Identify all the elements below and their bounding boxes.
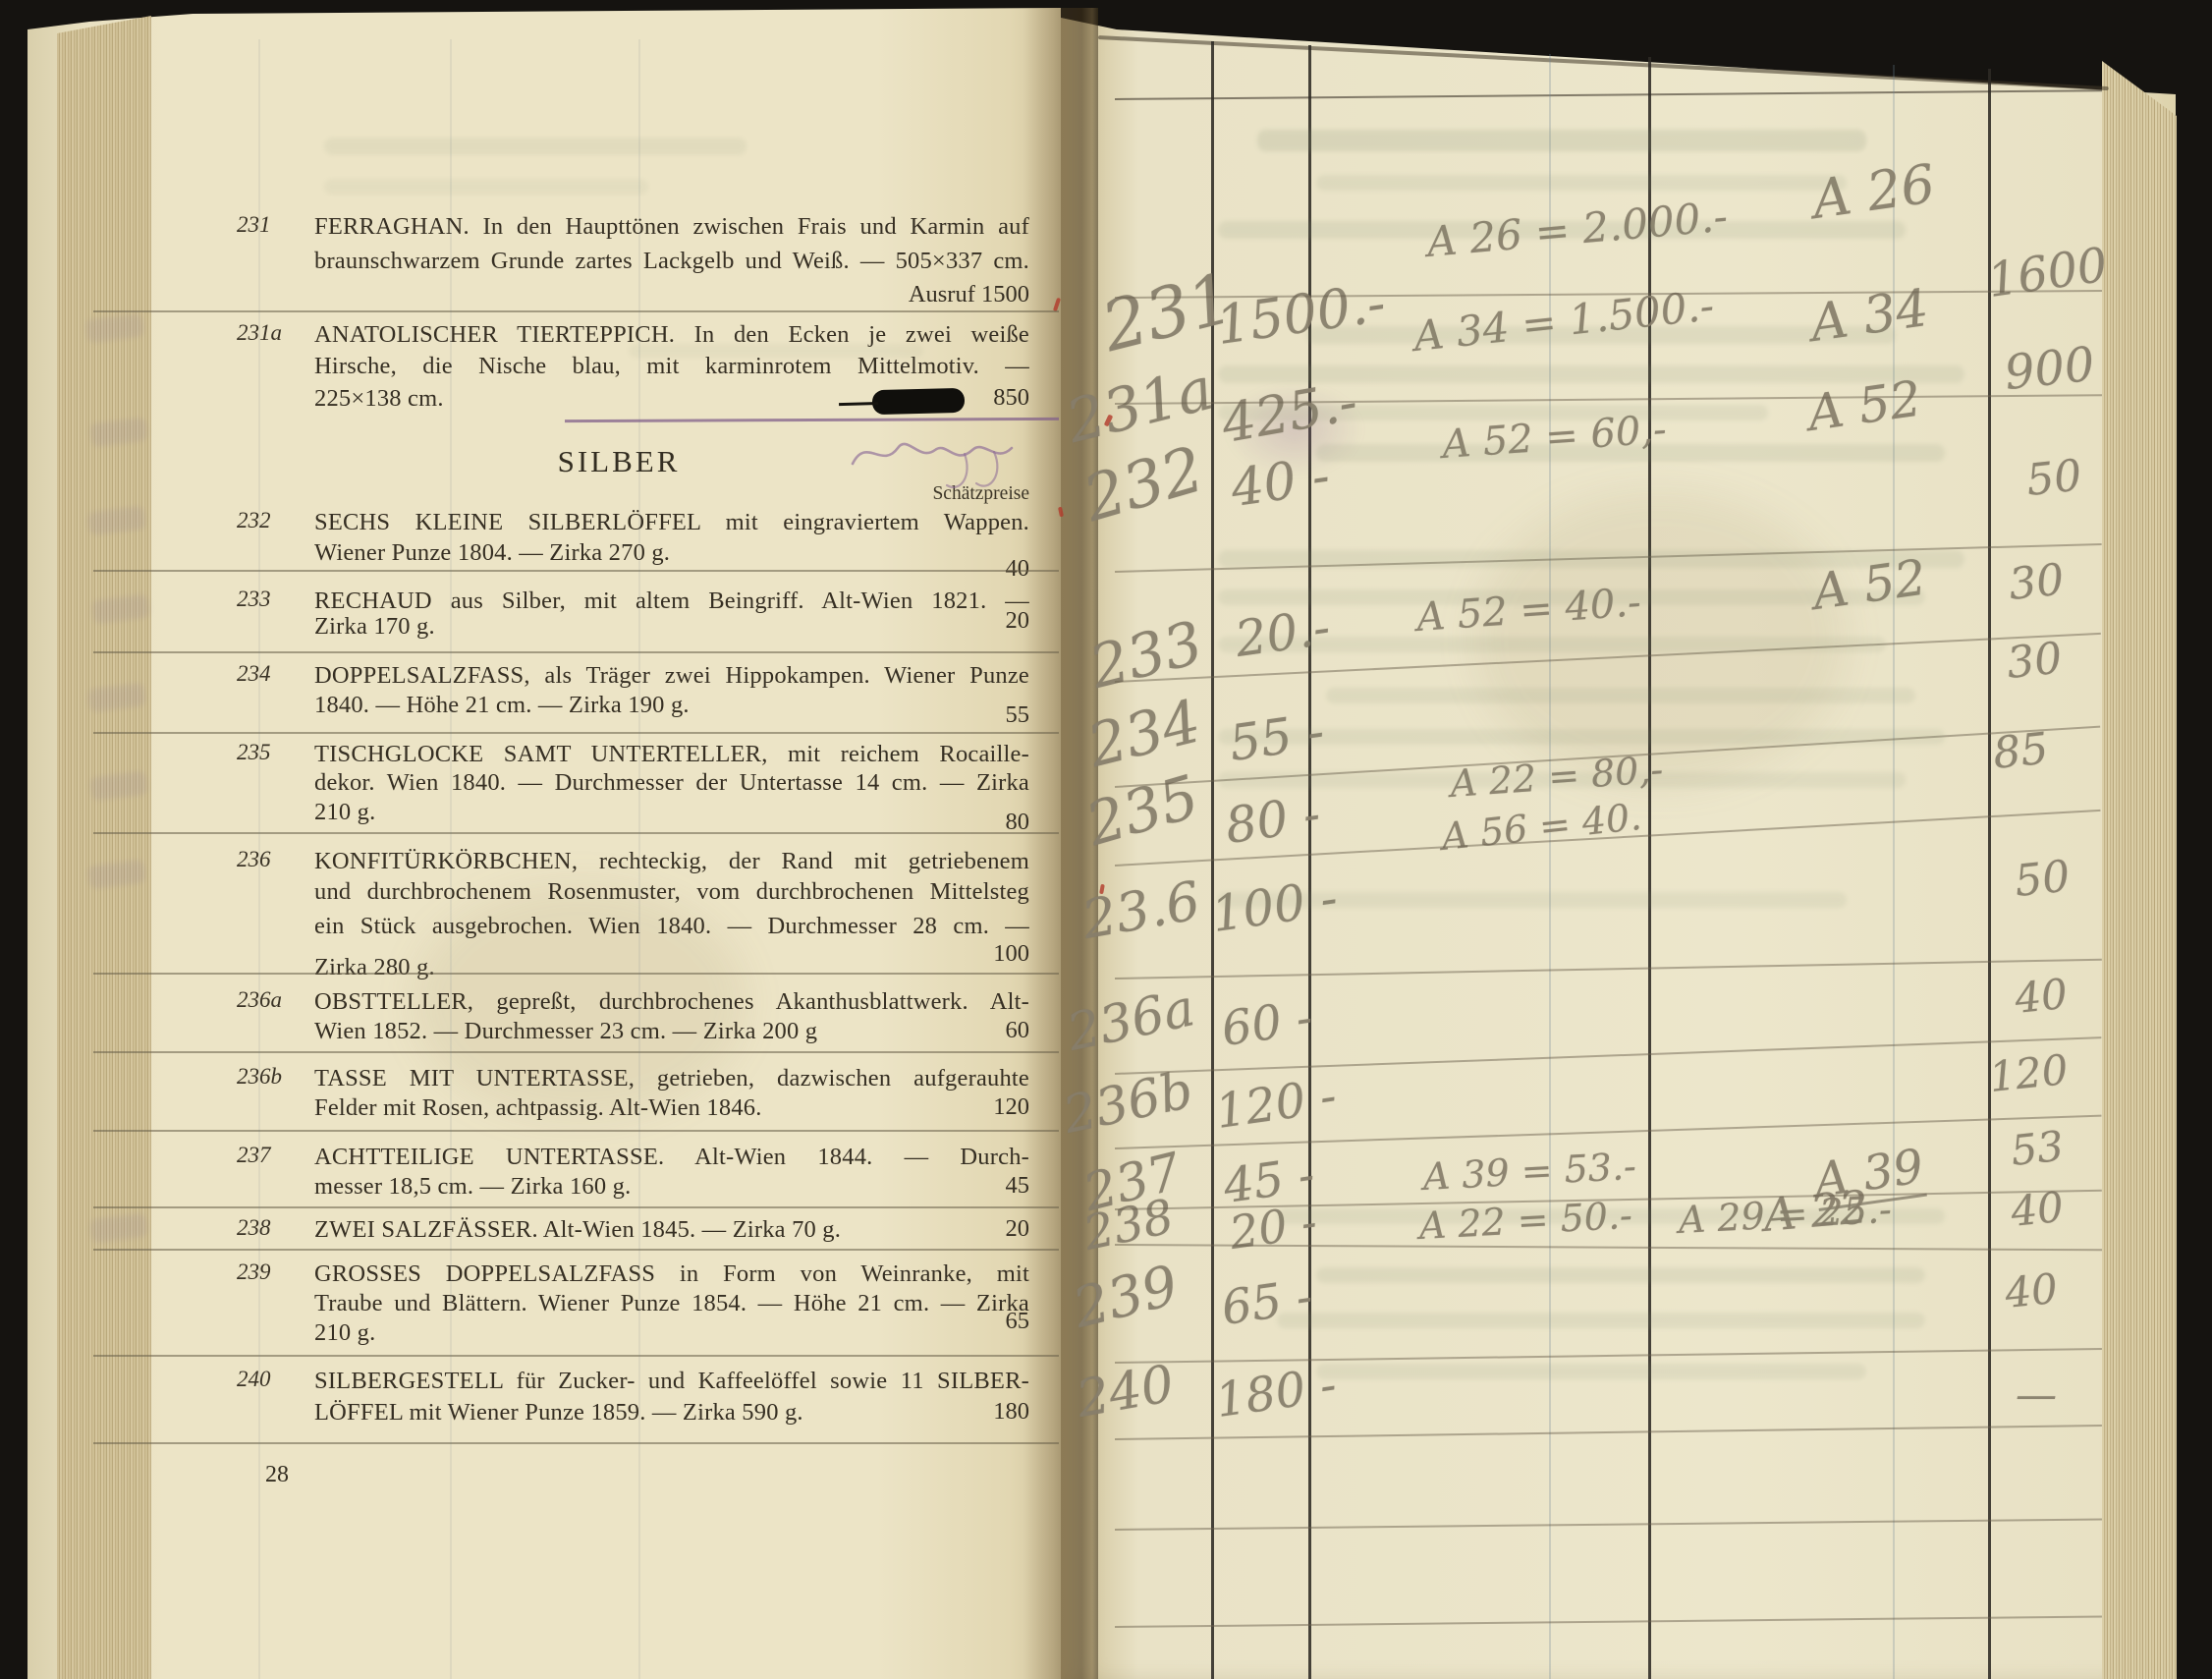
catalog-entry-price: 40 bbox=[314, 555, 1029, 583]
catalog-entry-line: FERRAGHAN. In den Haupttönen zwischen Fr… bbox=[314, 212, 1029, 242]
catalog-entry-price: 65 bbox=[314, 1308, 1029, 1335]
bleedthrough-ghost bbox=[324, 138, 747, 155]
bleedthrough-rule bbox=[450, 39, 452, 1679]
catalog-entry-price: 55 bbox=[314, 701, 1029, 729]
ledger-hammer-result: 30 bbox=[2007, 554, 2067, 610]
catalog-entry-line: TISCHGLOCKE SAMT UNTERTELLER, mit reiche… bbox=[314, 740, 1029, 769]
catalog-entry-number: 236a bbox=[237, 987, 307, 1013]
bleedthrough-ghost bbox=[1326, 688, 1915, 703]
bleedthrough-ghost bbox=[1257, 130, 1866, 151]
catalog-entry-number: 239 bbox=[237, 1259, 307, 1285]
catalog-entry-number: 237 bbox=[237, 1143, 307, 1168]
bleedthrough-ghost bbox=[1218, 589, 1925, 605]
catalog-entry-price: 45 bbox=[314, 1172, 1029, 1200]
ledger-hammer-result: 120 bbox=[1987, 1045, 2071, 1101]
catalog-entry-price: 180 bbox=[314, 1398, 1029, 1426]
ledger-hammer-result: 30 bbox=[2005, 633, 2065, 689]
catalog-entry-price: 120 bbox=[314, 1093, 1029, 1121]
bleedthrough-ghost bbox=[1218, 729, 1945, 745]
bleedthrough-ghost bbox=[1316, 1267, 1925, 1283]
catalog-entry-line: SECHS KLEINE SILBERLÖFFEL mit eingravier… bbox=[314, 508, 1029, 537]
handwritten-scribble bbox=[847, 420, 1033, 497]
ledger-hammer-result: 900 bbox=[2002, 337, 2097, 401]
catalog-entry-number: 231a bbox=[237, 320, 307, 346]
bleedthrough-ghost bbox=[1277, 1313, 1925, 1328]
catalog-entry-number: 238 bbox=[237, 1215, 307, 1241]
entry-separator-rule bbox=[93, 310, 1059, 312]
catalog-entry-line: TASSE MIT UNTERTASSE, getrieben, dazwisc… bbox=[314, 1064, 1029, 1093]
page-edge-stack-right bbox=[2102, 0, 2177, 1679]
entry-separator-rule bbox=[93, 1130, 1059, 1132]
catalog-entry-price: Ausruf 1500 bbox=[314, 281, 1029, 308]
page-number: 28 bbox=[265, 1462, 289, 1488]
bleedthrough-ghost bbox=[1218, 637, 1886, 652]
bleedthrough-ghost bbox=[1277, 1208, 1945, 1224]
catalog-entry-price: 60 bbox=[314, 1017, 1029, 1044]
catalog-entry-number: 231 bbox=[237, 212, 307, 238]
ledger-hammer-result: 50 bbox=[2013, 851, 2073, 907]
bleedthrough-ghost bbox=[1218, 550, 1964, 568]
catalog-entry-price: 850 bbox=[314, 384, 1029, 412]
entry-separator-rule bbox=[93, 732, 1059, 734]
bleedthrough-ghost bbox=[1218, 365, 1964, 383]
ledger-hammer-result: 53 bbox=[2009, 1122, 2066, 1175]
catalog-entry-number: 232 bbox=[237, 508, 307, 533]
bleedthrough-ghost bbox=[1316, 1364, 1866, 1379]
entry-separator-rule bbox=[93, 973, 1059, 975]
catalog-entry-number: 240 bbox=[237, 1367, 307, 1392]
book-spread: SILBER Schätzpreise 28 231FERRAGHAN. In … bbox=[0, 0, 2212, 1679]
entry-separator-rule bbox=[93, 1355, 1059, 1357]
ledger-hammer-result: 40 bbox=[2013, 970, 2070, 1023]
catalog-entry-line: KONFITÜRKÖRBCHEN, rechteckig, der Rand m… bbox=[314, 847, 1029, 876]
catalog-entry-price: 100 bbox=[314, 940, 1029, 968]
bleedthrough-ghost bbox=[629, 344, 923, 358]
ledger-hammer-result: 50 bbox=[2024, 450, 2084, 506]
catalog-entry-line: OBSTTELLER, gepreßt, durchbrochenes Akan… bbox=[314, 987, 1029, 1017]
ledger-column-rule bbox=[1988, 69, 1991, 1679]
ledger-hammer-result: — bbox=[2016, 1371, 2057, 1419]
catalog-entry-price: 20 bbox=[314, 1215, 1029, 1243]
catalog-entry-price: 20 bbox=[314, 607, 1029, 635]
bleedthrough-ghost bbox=[1306, 326, 1896, 344]
page-edge-stack-left bbox=[57, 0, 151, 1679]
catalog-entry-number: 236 bbox=[237, 847, 307, 872]
bleedthrough-ghost bbox=[1316, 444, 1945, 462]
catalog-entry-number: 236b bbox=[237, 1064, 307, 1090]
ledger-hammer-result: 40 bbox=[2003, 1264, 2060, 1317]
entry-separator-rule bbox=[93, 651, 1059, 653]
bleedthrough-ghost bbox=[324, 179, 648, 195]
catalog-entry-line: braunschwarzem Grunde zartes Lackgelb un… bbox=[314, 247, 1029, 276]
bleedthrough-ghost bbox=[1316, 175, 1847, 191]
catalog-entry-number: 233 bbox=[237, 587, 307, 612]
bleedthrough-ghost bbox=[1218, 772, 1906, 788]
catalog-entry-line: GROSSES DOPPELSALZFASS in Form von Weinr… bbox=[314, 1259, 1029, 1289]
bleedthrough-rule bbox=[638, 39, 640, 1679]
catalog-entry-line: ein Stück ausgebrochen. Wien 1840. — Dur… bbox=[314, 912, 1029, 941]
catalog-entry-line: DOPPELSALZFASS, als Träger zwei Hippokam… bbox=[314, 661, 1029, 691]
bleedthrough-ghost bbox=[1218, 892, 1847, 908]
entry-separator-rule bbox=[93, 832, 1059, 834]
catalog-entry-line: ACHTTEILIGE UNTERTASSE. Alt-Wien 1844. —… bbox=[314, 1143, 1029, 1172]
catalog-entry-line: dekor. Wien 1840. — Durchmesser der Unte… bbox=[314, 768, 1029, 798]
entry-separator-rule bbox=[93, 1206, 1059, 1208]
catalog-entry-line: SILBERGESTELL für Zucker- und Kaffeelöff… bbox=[314, 1367, 1029, 1396]
catalog-entry-number: 235 bbox=[237, 740, 307, 765]
catalog-entry-number: 234 bbox=[237, 661, 307, 687]
entry-separator-rule bbox=[93, 1442, 1059, 1444]
entry-separator-rule bbox=[93, 1249, 1059, 1251]
bleedthrough-ghost bbox=[1218, 405, 1768, 420]
catalog-entry-line: und durchbrochenem Rosenmuster, vom durc… bbox=[314, 877, 1029, 907]
bleedthrough-ghost bbox=[1218, 221, 1906, 239]
bleedthrough-rule bbox=[258, 39, 260, 1679]
entry-separator-rule bbox=[93, 1051, 1059, 1053]
entry-separator-rule bbox=[93, 570, 1059, 572]
